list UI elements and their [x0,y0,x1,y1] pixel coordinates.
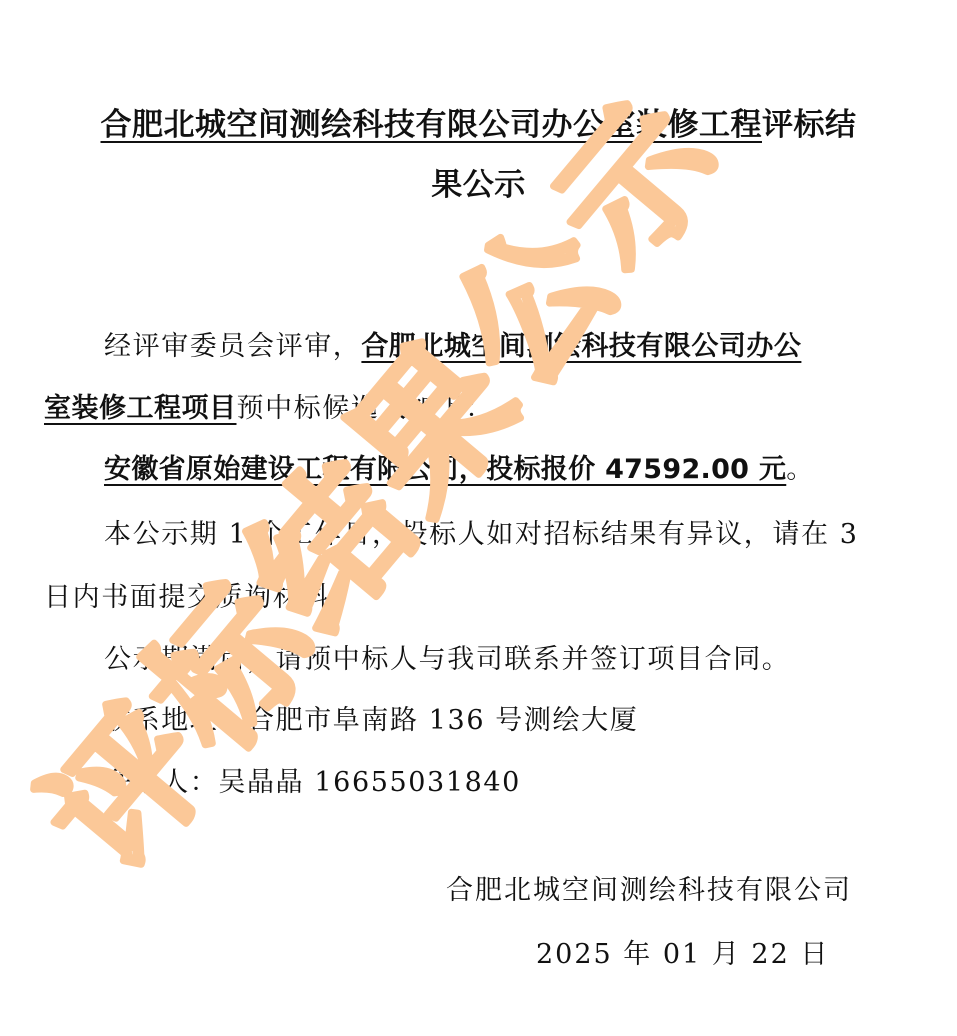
project-name-part-2: 室装修工程项目 [44,393,237,424]
winning-bidder-end: 。 [786,454,815,485]
objection-period-line-1: 本公示期 1 个工作日，投标人如对招标结果有异议，请在 3 [104,521,859,548]
review-intro: 经评审委员会评审， [104,331,361,362]
review-paragraph-line-2: 室装修工程项目预中标候选人如下： [44,395,494,422]
signature-company: 合肥北城空间测绘科技有限公司 [446,877,852,904]
winning-bidder-line: 安徽省原始建设工程有限公司，投标报价 47592.00 元。 [104,456,815,483]
page-title-line-2: 果公示 [0,170,957,201]
contact-person: 联系人：吴晶晶 16655031840 [104,769,521,796]
title-suffix: 评标结 [762,107,857,143]
contact-address: 联系地址：合肥市阜南路 136 号测绘大厦 [104,707,638,734]
signature-date: 2025 年 01 月 22 日 [536,941,829,968]
review-paragraph-line-1: 经评审委员会评审，合肥北城空间测绘科技有限公司办公 [104,333,801,360]
contract-notice: 公示期满后，请预中标人与我司联系并签订项目合同。 [104,646,790,673]
title-project-name: 合肥北城空间测绘科技有限公司办公室装修工程 [101,107,763,143]
page-title-line-1: 合肥北城空间测绘科技有限公司办公室装修工程评标结 [0,110,957,141]
candidate-intro: 预中标候选人如下： [237,393,494,424]
objection-period-line-2: 日内书面提交质询材料。 [44,584,359,611]
winning-bidder: 安徽省原始建设工程有限公司，投标报价 47592.00 元 [104,454,786,485]
project-name-part-1: 合肥北城空间测绘科技有限公司办公 [361,331,801,362]
